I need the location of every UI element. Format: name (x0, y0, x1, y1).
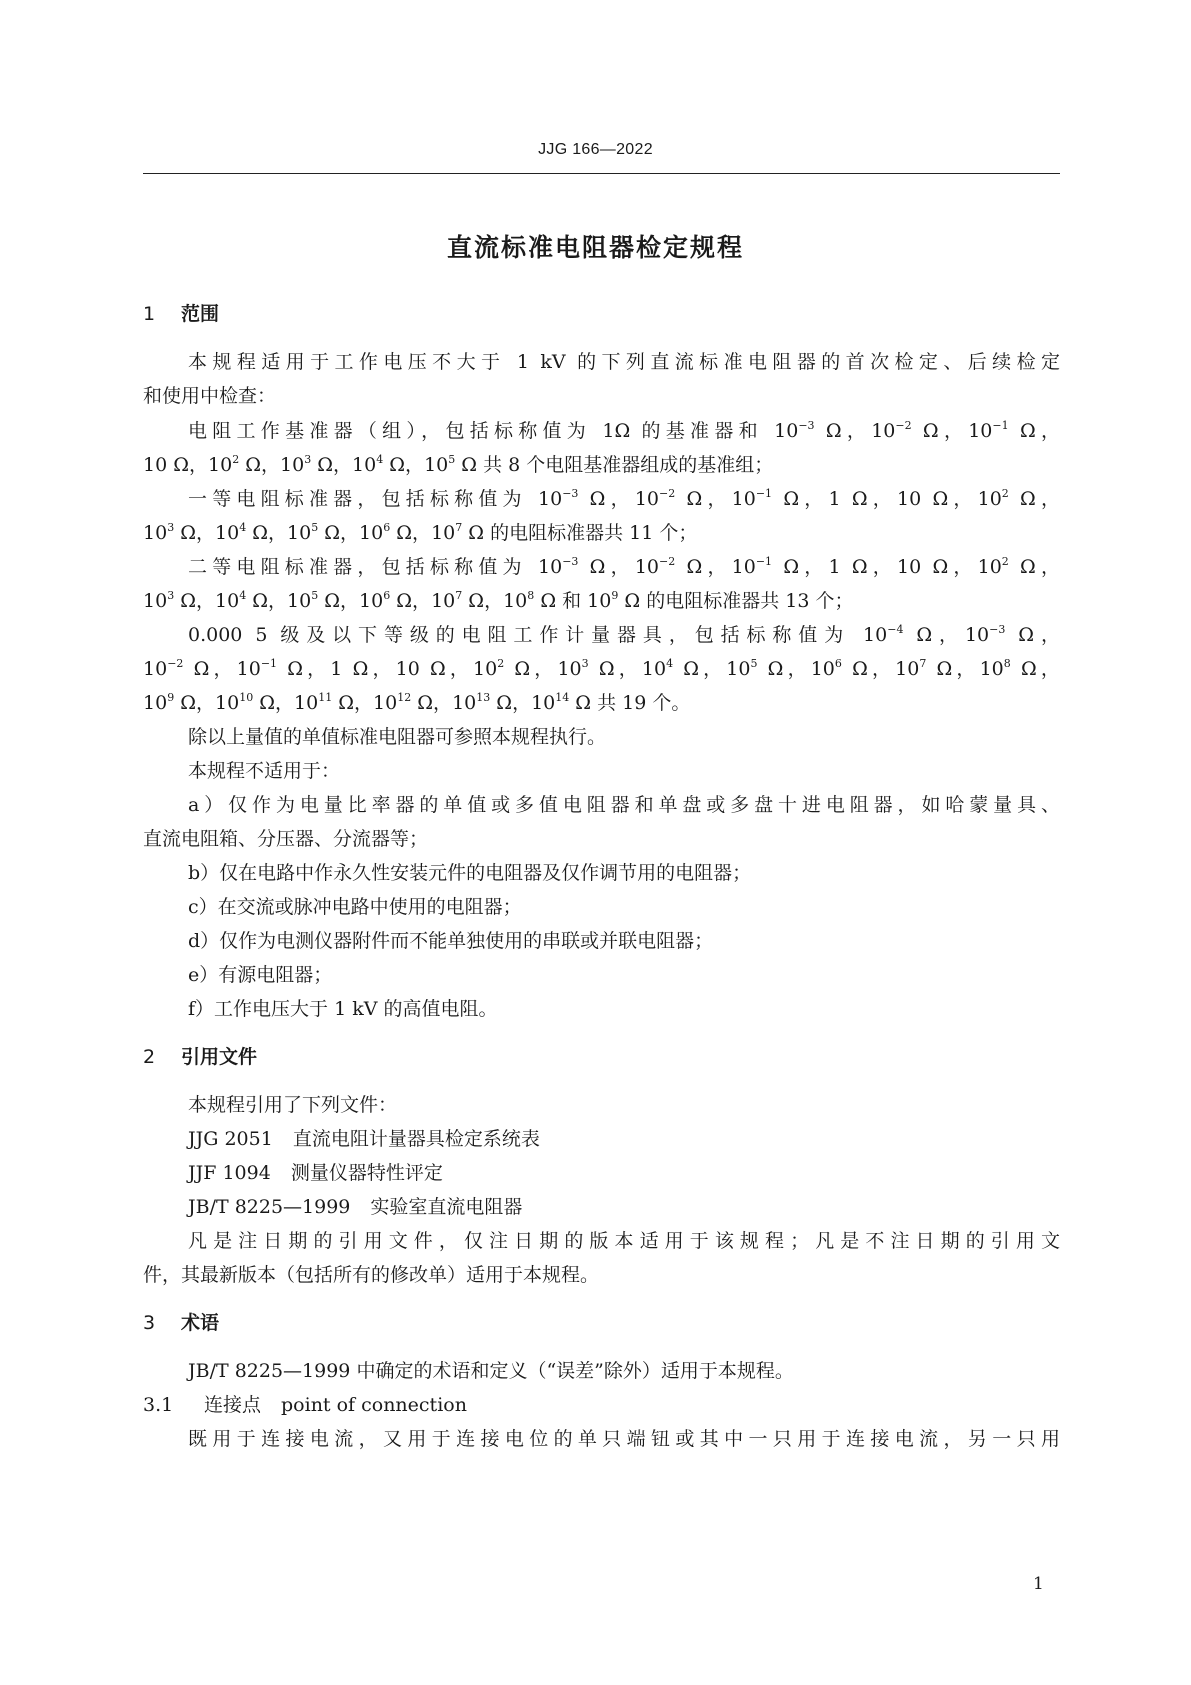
section-2-heading: 2引用文件 (143, 1044, 1060, 1070)
references-intro: 本规程引用了下列文件： (188, 1092, 1060, 1118)
exclusion-item-e: e）有源电阻器； (188, 962, 1060, 988)
terms-intro: JB/T 8225—1999 中确定的术语和定义（“误差”除外）适用于本规程。 (188, 1358, 1060, 1384)
reference-item: JB/T 8225—1999实验室直流电阻器 (188, 1194, 1060, 1220)
paragraph-reference-standard-line2: 10 Ω，102 Ω，103 Ω，104 Ω，105 Ω 共 8 个电阻基准器组… (143, 452, 1060, 478)
paragraph-not-applicable: 本规程不适用于： (188, 758, 1060, 784)
paragraph-second-class-line1: 二等电阻标准器，包括标称值为 10−3 Ω，10−2 Ω，10−1 Ω，1 Ω，… (188, 554, 1060, 580)
exclusion-item-d: d）仅作为电测仪器附件而不能单独使用的串联或并联电阻器； (188, 928, 1060, 954)
exclusion-item-a-line1: a）仅作为电量比率器的单值或多值电阻器和单盘或多盘十进电阻器，如哈蒙量具、 (188, 792, 1060, 818)
header-rule (143, 173, 1060, 174)
document-title: 直流标准电阻器检定规程 (0, 228, 1191, 264)
exclusion-item-f: f）工作电压大于 1 kV 的高值电阻。 (188, 996, 1060, 1022)
paragraph-reference-standard-line1: 电阻工作基准器（组），包括标称值为 1Ω 的基准器和 10−3 Ω，10−2 Ω… (188, 418, 1060, 444)
paragraph-working-instruments-line3: 109 Ω，1010 Ω，1011 Ω，1012 Ω，1013 Ω，1014 Ω… (143, 690, 1060, 716)
paragraph-first-class-line1: 一等电阻标准器，包括标称值为 10−3 Ω，10−2 Ω，10−1 Ω，1 Ω，… (188, 486, 1060, 512)
paragraph-working-instruments-line2: 10−2 Ω，10−1 Ω，1 Ω，10 Ω，102 Ω，103 Ω，104 Ω… (143, 656, 1060, 682)
section-3-heading: 3术语 (143, 1310, 1060, 1336)
exclusion-item-c: c）在交流或脉冲电路中使用的电阻器； (188, 894, 1060, 920)
paragraph-scope-line2: 和使用中检查： (143, 383, 1060, 409)
exclusion-item-a-line2: 直流电阻箱、分压器、分流器等； (143, 826, 1060, 852)
term-3-1-definition-line1: 既用于连接电流，又用于连接电位的单只端钮或其中一只用于连接电流，另一只用 (188, 1426, 1060, 1452)
running-header: JJG 166—2022 (0, 141, 1191, 159)
page-number: 1 (1033, 1574, 1044, 1594)
term-3-1-heading: 3.1连接点point of connection (143, 1392, 1060, 1418)
paragraph-second-class-line2: 103 Ω，104 Ω，105 Ω，106 Ω，107 Ω，108 Ω 和 10… (143, 588, 1060, 614)
reference-item: JJF 1094测量仪器特性评定 (188, 1160, 1060, 1186)
references-note-line2: 件，其最新版本（包括所有的修改单）适用于本规程。 (143, 1262, 1060, 1288)
paragraph-other-values: 除以上量值的单值标准电阻器可参照本规程执行。 (188, 724, 1060, 750)
paragraph-scope-line1: 本规程适用于工作电压不大于 1 kV 的下列直流标准电阻器的首次检定、后续检定 (188, 349, 1060, 375)
paragraph-working-instruments-line1: 0.000 5 级及以下等级的电阻工作计量器具，包括标称值为 10−4 Ω，10… (188, 622, 1060, 648)
exclusion-item-b: b）仅在电路中作永久性安装元件的电阻器及仅作调节用的电阻器； (188, 860, 1060, 886)
reference-item: JJG 2051直流电阻计量器具检定系统表 (188, 1126, 1060, 1152)
paragraph-first-class-line2: 103 Ω，104 Ω，105 Ω，106 Ω，107 Ω 的电阻标准器共 11… (143, 520, 1060, 546)
references-note-line1: 凡是注日期的引用文件，仅注日期的版本适用于该规程；凡是不注日期的引用文 (188, 1228, 1060, 1254)
section-1-heading: 1范围 (143, 301, 1060, 327)
